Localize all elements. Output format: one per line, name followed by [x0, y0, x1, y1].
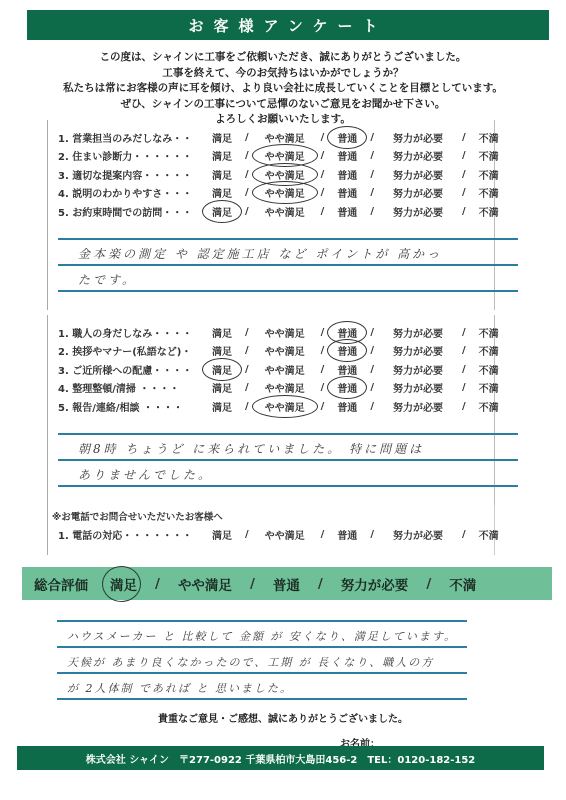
rating-option[interactable]: 普通 — [331, 325, 363, 340]
option-separator: / — [234, 576, 271, 592]
option-separator: / — [455, 327, 473, 338]
option-separator: / — [455, 529, 473, 540]
rating-option[interactable]: 普通 — [331, 380, 363, 395]
rating-option[interactable]: やや満足 — [256, 399, 314, 414]
survey-title-bar: お客様アンケート — [27, 10, 549, 40]
handwritten-comment: 朝8時 ちょうど に来られていました。 特に問題は — [78, 440, 424, 457]
final-comment-area: ハウスメーカー と 比較して 金額 が 安くなり、満足しています。 天候が あま… — [57, 620, 467, 700]
question-label: 4. 整理整頓/清掃 ・・・・ — [58, 380, 206, 395]
option-separator: / — [455, 401, 473, 412]
rating-option[interactable]: 普通 — [331, 185, 363, 200]
option-separator: / — [314, 529, 332, 540]
rating-option[interactable]: 満足 — [206, 325, 238, 340]
survey-title: お客様アンケート — [188, 15, 387, 36]
handwritten-comment: ありませんでした。 — [78, 466, 213, 483]
rating-option[interactable]: 不満 — [473, 325, 505, 340]
option-separator: / — [455, 206, 473, 217]
option-separator: / — [455, 382, 473, 393]
rating-option[interactable]: 満足 — [206, 343, 238, 358]
overall-option[interactable]: 普通 — [271, 574, 302, 594]
section-craftsman: 1. 職人の身だしなみ・・・・満足/やや満足/普通/努力が必要/不満2. 挨拶や… — [47, 315, 495, 505]
overall-rating-band: 総合評価 満足/やや満足/普通/努力が必要/不満 — [22, 567, 552, 600]
rating-options: 満足/やや満足/普通/努力が必要/不満 — [206, 527, 505, 542]
handwritten-comment: が 2人体制 であれば と 思いました。 — [67, 680, 293, 696]
rating-options: 満足/やや満足/普通/努力が必要/不満 — [206, 343, 505, 358]
rating-options: 満足/やや満足/普通/努力が必要/不満 — [206, 130, 505, 145]
comment-line: ありませんでした。 — [58, 461, 518, 487]
option-separator: / — [455, 345, 473, 356]
option-separator: / — [314, 206, 332, 217]
rating-option[interactable]: 努力が必要 — [381, 399, 455, 414]
rating-option[interactable]: 満足 — [206, 185, 238, 200]
rating-option[interactable]: 満足 — [206, 130, 238, 145]
question-list: 1. 電話の対応・・・・・・・満足/やや満足/普通/努力が必要/不満 — [58, 525, 505, 544]
rating-option[interactable]: 不満 — [473, 343, 505, 358]
question-label: 2. 挨拶やマナー(私語など)・ — [58, 343, 206, 358]
thanks-message: 貴重なご意見・ご感想、誠にありがとうございました。 — [0, 710, 566, 725]
rating-option[interactable]: やや満足 — [256, 130, 314, 145]
rating-option[interactable]: 努力が必要 — [381, 362, 455, 377]
question-row: 4. 説明のわかりやすさ・・・満足/やや満足/普通/努力が必要/不満 — [58, 184, 505, 203]
rating-option[interactable]: 普通 — [331, 362, 363, 377]
overall-option[interactable]: 満足 — [108, 574, 139, 594]
option-separator: / — [238, 132, 256, 143]
rating-option[interactable]: 不満 — [473, 148, 505, 163]
section-sales: 1. 営業担当のみだしなみ・・満足/やや満足/普通/努力が必要/不満2. 住まい… — [47, 120, 495, 310]
comment-area-sales: 金本楽の測定 や 認定施工店 など ポイントが 高かっ たです。 — [58, 238, 518, 292]
option-separator: / — [139, 576, 176, 592]
rating-options: 満足/やや満足/普通/努力が必要/不満 — [206, 204, 505, 219]
rating-option[interactable]: 普通 — [331, 527, 363, 542]
company-tel: TEL：0120-182-152 — [367, 751, 475, 766]
comment-line: 朝8時 ちょうど に来られていました。 特に問題は — [58, 435, 518, 461]
question-row: 1. 電話の対応・・・・・・・満足/やや満足/普通/努力が必要/不満 — [58, 525, 505, 544]
rating-option[interactable]: 普通 — [331, 204, 363, 219]
intro-line: ぜひ、シャインの工事について忌憚のないご意見をお聞かせ下さい。 — [0, 97, 566, 113]
rating-option[interactable]: 不満 — [473, 380, 505, 395]
rating-option[interactable]: 普通 — [331, 399, 363, 414]
rating-option[interactable]: 満足 — [206, 527, 238, 542]
rating-option[interactable]: 満足 — [206, 399, 238, 414]
intro-text: この度は、シャインに工事をご依頼いただき、誠にありがとうございました。 工事を終… — [0, 50, 566, 128]
footer-bar: 株式会社 シャイン 〒277-0922 千葉県柏市大島田456-2 TEL：01… — [17, 746, 544, 770]
rating-option[interactable]: やや満足 — [256, 204, 314, 219]
rating-option[interactable]: 努力が必要 — [381, 380, 455, 395]
option-separator: / — [455, 150, 473, 161]
rating-option[interactable]: 満足 — [206, 148, 238, 163]
option-separator: / — [455, 364, 473, 375]
rating-option[interactable]: 不満 — [473, 527, 505, 542]
rating-options: 満足/やや満足/普通/努力が必要/不満 — [206, 148, 505, 163]
question-label: 2. 住まい診断力・・・・・・ — [58, 148, 206, 163]
overall-option[interactable]: 不満 — [447, 574, 478, 594]
rating-option[interactable]: やや満足 — [256, 185, 314, 200]
question-label: 3. ご近所様への配慮・・・・ — [58, 362, 206, 377]
question-list: 1. 職人の身だしなみ・・・・満足/やや満足/普通/努力が必要/不満2. 挨拶や… — [58, 323, 505, 416]
section-phone: ※お電話でお問合せいただいたお客様へ 1. 電話の対応・・・・・・・満足/やや満… — [47, 505, 495, 555]
rating-options: 満足/やや満足/普通/努力が必要/不満 — [206, 325, 505, 340]
comment-line: 天候が あまり良くなかったので、工期 が 長くなり、職人の方 — [57, 648, 467, 674]
question-row: 5. 報告/連絡/相談 ・・・・満足/やや満足/普通/努力が必要/不満 — [58, 397, 505, 416]
rating-options: 満足/やや満足/普通/努力が必要/不満 — [206, 167, 505, 182]
rating-option[interactable]: やや満足 — [256, 380, 314, 395]
rating-option[interactable]: 努力が必要 — [381, 343, 455, 358]
overall-label: 総合評価 — [22, 574, 108, 594]
option-separator: / — [238, 327, 256, 338]
rating-option[interactable]: 努力が必要 — [381, 204, 455, 219]
question-label: 5. お約束時間での訪問・・・ — [58, 204, 206, 219]
rating-option[interactable]: 満足 — [206, 380, 238, 395]
question-row: 5. お約束時間での訪問・・・満足/やや満足/普通/努力が必要/不満 — [58, 202, 505, 221]
rating-option[interactable]: 普通 — [331, 148, 363, 163]
option-separator: / — [238, 345, 256, 356]
rating-option[interactable]: やや満足 — [256, 148, 314, 163]
question-row: 1. 職人の身だしなみ・・・・満足/やや満足/普通/努力が必要/不満 — [58, 323, 505, 342]
option-separator: / — [455, 132, 473, 143]
comment-area-craftsman: 朝8時 ちょうど に来られていました。 特に問題は ありませんでした。 — [58, 433, 518, 487]
overall-option[interactable]: 努力が必要 — [339, 574, 411, 594]
rating-option[interactable]: 努力が必要 — [381, 325, 455, 340]
option-separator: / — [238, 382, 256, 393]
option-separator: / — [455, 187, 473, 198]
rating-option[interactable]: 不満 — [473, 204, 505, 219]
question-label: 3. 適切な提案内容・・・・・ — [58, 167, 206, 182]
rating-option[interactable]: 不満 — [473, 167, 505, 182]
overall-option[interactable]: やや満足 — [176, 574, 234, 594]
rating-option[interactable]: 不満 — [473, 130, 505, 145]
option-separator: / — [410, 576, 447, 592]
question-row: 2. 挨拶やマナー(私語など)・満足/やや満足/普通/努力が必要/不満 — [58, 342, 505, 361]
rating-option[interactable]: 満足 — [206, 167, 238, 182]
rating-option[interactable]: やや満足 — [256, 325, 314, 340]
handwritten-comment: 金本楽の測定 や 認定施工店 など ポイントが 高かっ — [78, 245, 442, 262]
handwritten-comment: 天候が あまり良くなかったので、工期 が 長くなり、職人の方 — [67, 654, 434, 670]
company-address: 〒277-0922 千葉県柏市大島田456-2 — [179, 751, 357, 766]
overall-options: 満足/やや満足/普通/努力が必要/不満 — [108, 574, 478, 594]
rating-option[interactable]: 不満 — [473, 362, 505, 377]
rating-option[interactable]: 普通 — [331, 130, 363, 145]
rating-options: 満足/やや満足/普通/努力が必要/不満 — [206, 185, 505, 200]
phone-note: ※お電話でお問合せいただいたお客様へ — [52, 509, 223, 523]
rating-option[interactable]: やや満足 — [256, 167, 314, 182]
rating-option[interactable]: 満足 — [206, 362, 238, 377]
rating-option[interactable]: 努力が必要 — [381, 148, 455, 163]
handwritten-comment: ハウスメーカー と 比較して 金額 が 安くなり、満足しています。 — [67, 628, 457, 644]
intro-line: 私たちは常にお客様の声に耳を傾け、より良い会社に成長していくことを目標としていま… — [0, 81, 566, 97]
option-separator: / — [363, 401, 381, 412]
option-separator: / — [363, 364, 381, 375]
rating-options: 満足/やや満足/普通/努力が必要/不満 — [206, 399, 505, 414]
rating-option[interactable]: 努力が必要 — [381, 130, 455, 145]
rating-option[interactable]: 満足 — [206, 204, 238, 219]
rating-option[interactable]: 不満 — [473, 399, 505, 414]
rating-option[interactable]: 普通 — [331, 167, 363, 182]
handwritten-comment: たです。 — [78, 271, 137, 288]
option-separator: / — [363, 206, 381, 217]
question-label: 5. 報告/連絡/相談 ・・・・ — [58, 399, 206, 414]
question-label: 4. 説明のわかりやすさ・・・ — [58, 185, 206, 200]
comment-line: 金本楽の測定 や 認定施工店 など ポイントが 高かっ — [58, 240, 518, 266]
option-separator: / — [314, 364, 332, 375]
comment-line: たです。 — [58, 266, 518, 292]
option-separator: / — [363, 529, 381, 540]
rating-option[interactable]: 不満 — [473, 185, 505, 200]
intro-line: 工事を終えて、今のお気持ちはいかがでしょうか？ — [0, 66, 566, 82]
option-separator: / — [363, 150, 381, 161]
rating-option[interactable]: 努力が必要 — [381, 167, 455, 182]
rating-option[interactable]: 普通 — [331, 343, 363, 358]
comment-line: が 2人体制 であれば と 思いました。 — [57, 674, 467, 700]
question-label: 1. 電話の対応・・・・・・・ — [58, 527, 206, 542]
rating-option[interactable]: やや満足 — [256, 362, 314, 377]
question-row: 3. ご近所様への配慮・・・・満足/やや満足/普通/努力が必要/不満 — [58, 360, 505, 379]
rating-option[interactable]: やや満足 — [256, 527, 314, 542]
option-separator: / — [302, 576, 339, 592]
rating-option[interactable]: 努力が必要 — [381, 527, 455, 542]
option-separator: / — [455, 169, 473, 180]
question-list: 1. 営業担当のみだしなみ・・満足/やや満足/普通/努力が必要/不満2. 住まい… — [58, 128, 505, 221]
question-label: 1. 職人の身だしなみ・・・・ — [58, 325, 206, 340]
rating-option[interactable]: 努力が必要 — [381, 185, 455, 200]
rating-options: 満足/やや満足/普通/努力が必要/不満 — [206, 380, 505, 395]
intro-line: この度は、シャインに工事をご依頼いただき、誠にありがとうございました。 — [0, 50, 566, 66]
rating-option[interactable]: やや満足 — [256, 343, 314, 358]
rating-options: 満足/やや満足/普通/努力が必要/不満 — [206, 362, 505, 377]
option-separator: / — [363, 169, 381, 180]
question-label: 1. 営業担当のみだしなみ・・ — [58, 130, 206, 145]
option-separator: / — [238, 529, 256, 540]
company-name: 株式会社 シャイン — [86, 751, 169, 766]
option-separator: / — [363, 187, 381, 198]
comment-line: ハウスメーカー と 比較して 金額 が 安くなり、満足しています。 — [57, 622, 467, 648]
